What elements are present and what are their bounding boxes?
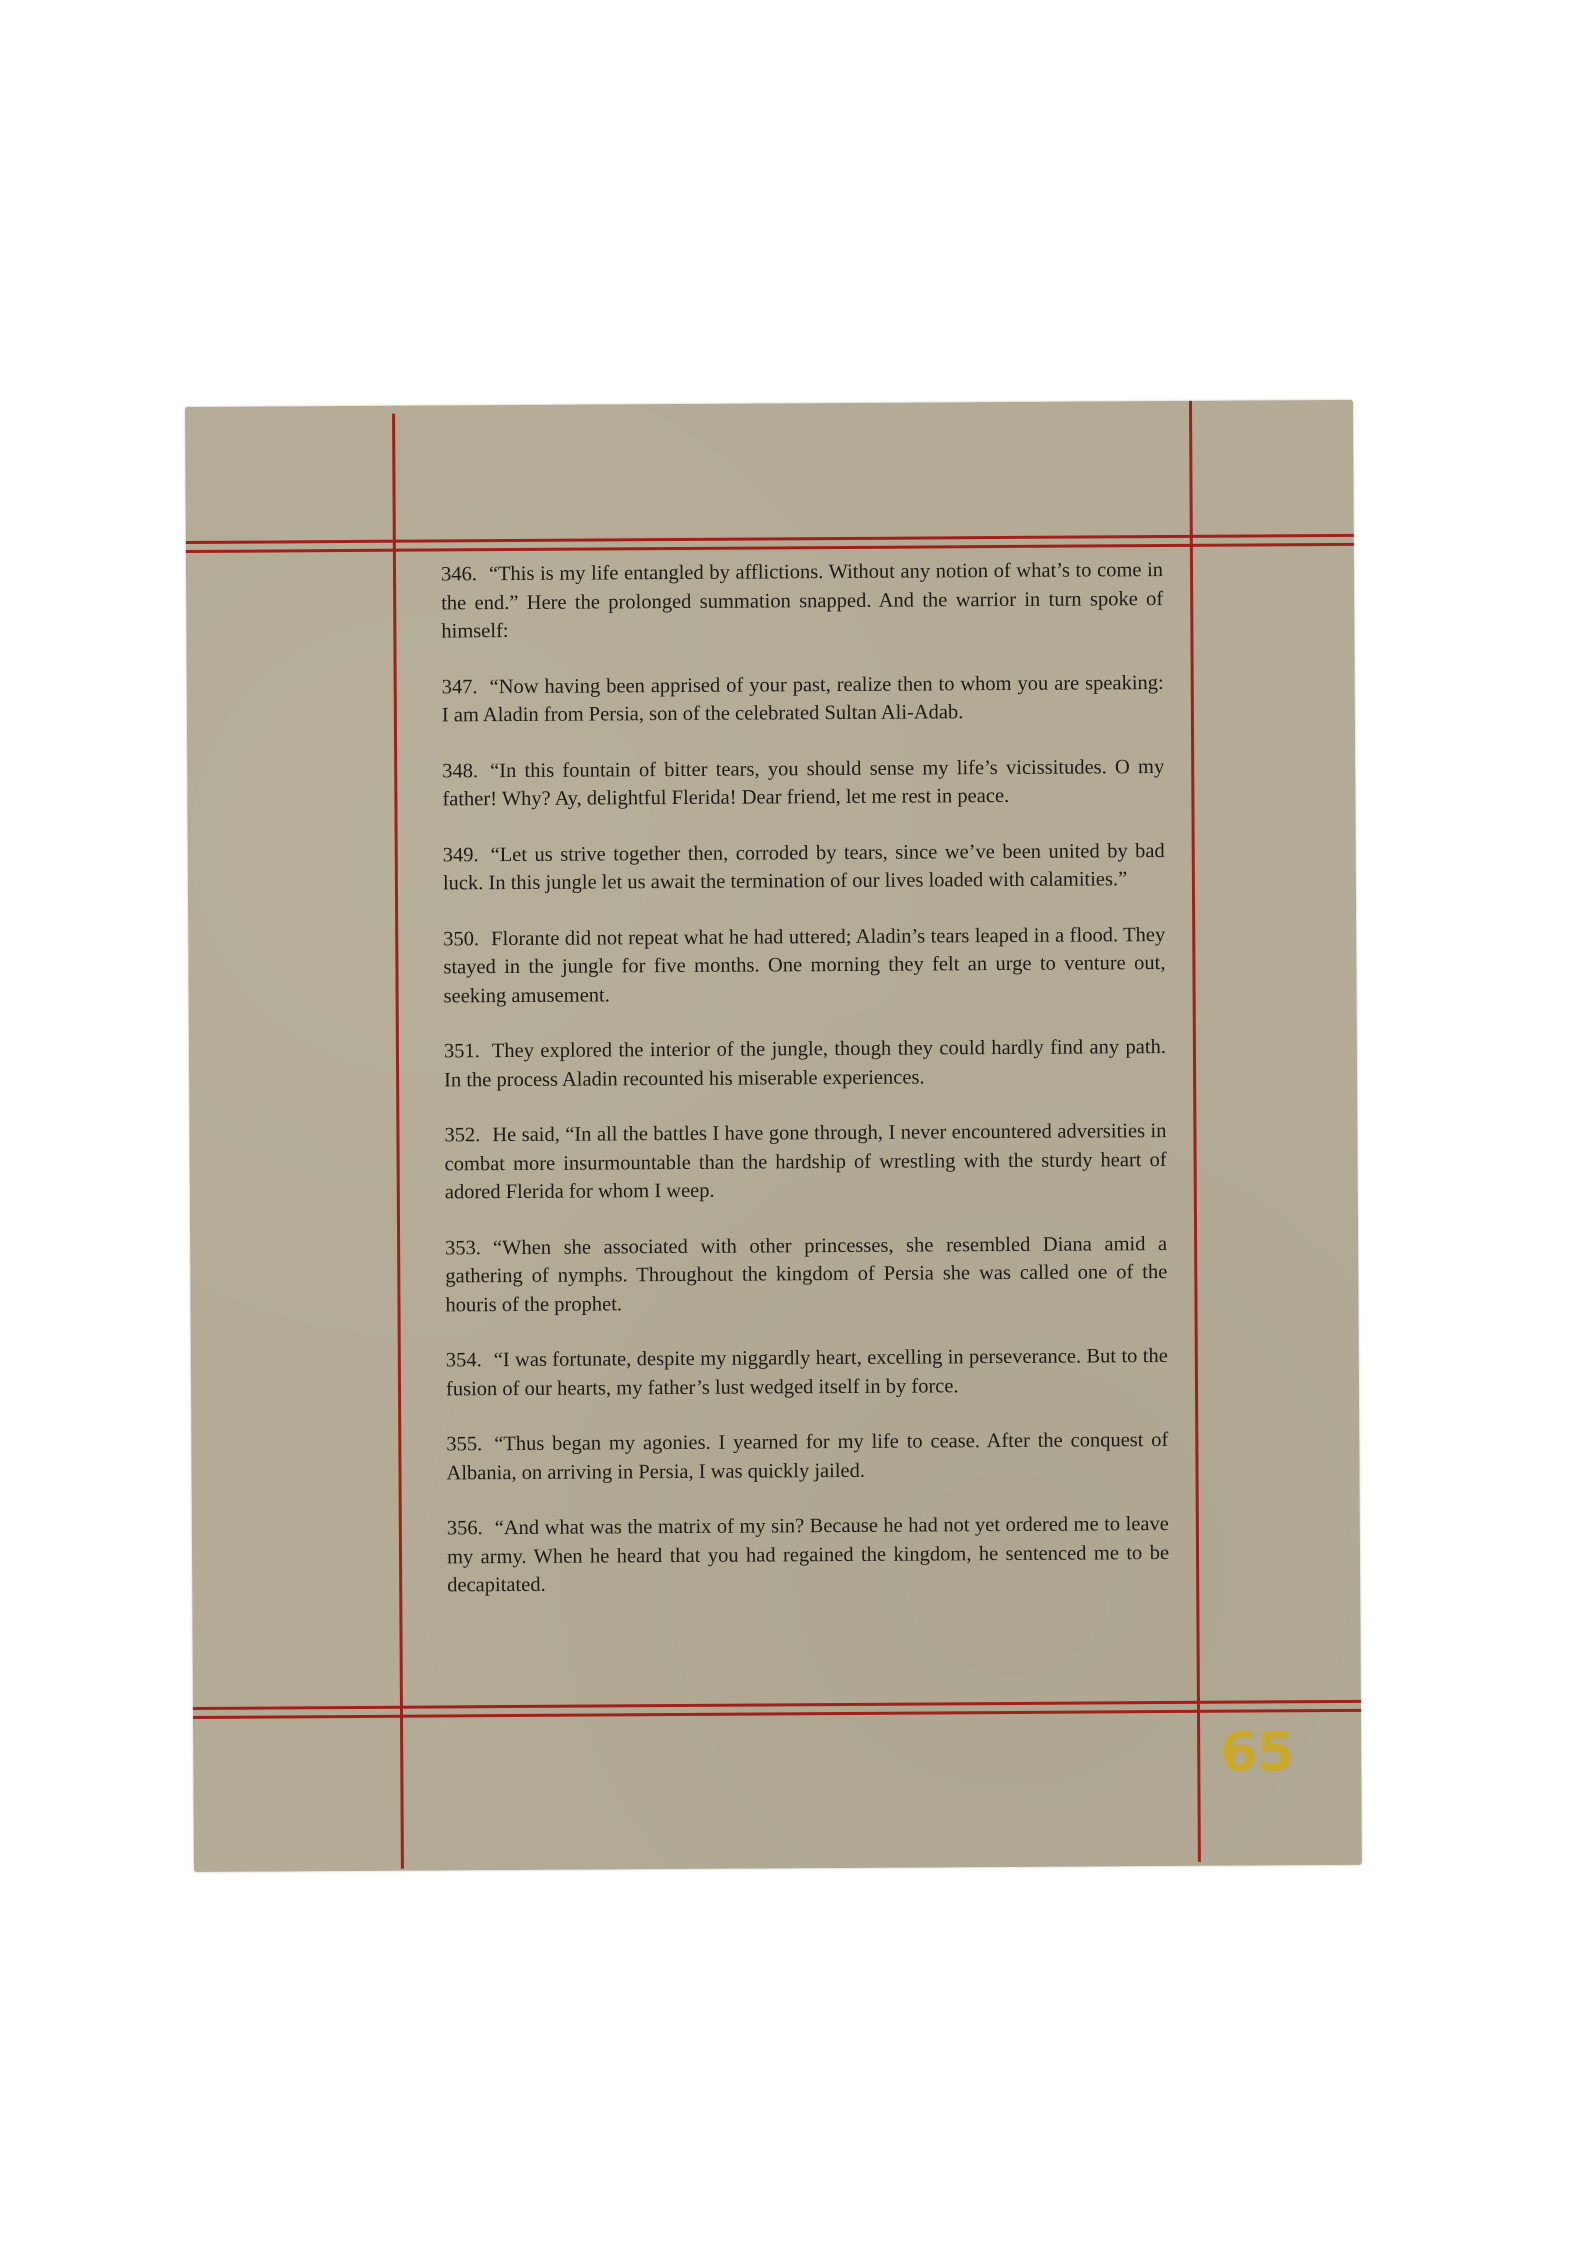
stanza: 348.“In this fountain of bitter tears, y…	[442, 753, 1164, 814]
stanza-text: “Let us strive together then, corroded b…	[443, 840, 1165, 895]
stanza-number: 350.	[443, 928, 479, 950]
stanza-text: Florante did not repeat what he had utte…	[443, 924, 1165, 1007]
left-rule	[392, 414, 404, 1869]
bottom-rule-1	[193, 1700, 1361, 1710]
stanza-text: “I was fortunate, despite my niggardly h…	[446, 1345, 1168, 1400]
stanza-text: “When she associated with other princess…	[445, 1233, 1167, 1316]
stanza-text: “Thus began my agonies. I yearned for my…	[446, 1429, 1168, 1484]
book-page: 346.“This is my life entangled by afflic…	[185, 400, 1362, 1872]
top-rule-2	[186, 543, 1354, 553]
stanza: 351.They explored the interior of the ju…	[444, 1033, 1166, 1094]
stanza: 349.“Let us strive together then, corrod…	[443, 837, 1165, 898]
stanza-text: He said, “In all the battles I have gone…	[445, 1120, 1167, 1203]
stanza: 346.“This is my life entangled by afflic…	[441, 556, 1164, 646]
stanza-text: “In this fountain of bitter tears, you s…	[442, 756, 1164, 811]
bottom-rule-2	[193, 1709, 1361, 1719]
stanza-number: 353.	[445, 1237, 481, 1259]
stanza-number: 356.	[447, 1517, 483, 1539]
stanza-text: “Now having been apprised of your past, …	[442, 672, 1164, 727]
stanza-text: They explored the interior of the jungle…	[444, 1036, 1166, 1091]
page-number: 65	[1220, 1720, 1294, 1783]
stanza: 353.“When she associated with other prin…	[445, 1230, 1168, 1320]
stanza-number: 346.	[441, 563, 477, 585]
stanza-number: 355.	[446, 1433, 482, 1455]
text-column: 346.“This is my life entangled by afflic…	[441, 556, 1170, 1627]
stanza-number: 354.	[446, 1349, 482, 1371]
right-rule	[1189, 401, 1201, 1862]
stanza: 347.“Now having been apprised of your pa…	[442, 669, 1164, 730]
stanza-number: 347.	[442, 676, 478, 698]
stanza: 354.“I was fortunate, despite my niggard…	[446, 1342, 1168, 1403]
stanza: 350.Florante did not repeat what he had …	[443, 921, 1166, 1011]
stanza-number: 352.	[444, 1124, 480, 1146]
stanza: 355.“Thus began my agonies. I yearned fo…	[446, 1426, 1168, 1487]
stanza: 352.He said, “In all the battles I have …	[444, 1117, 1167, 1207]
stanza-text: “And what was the matrix of my sin? Beca…	[447, 1513, 1169, 1596]
top-rule-1	[186, 534, 1354, 544]
stanza: 356.“And what was the matrix of my sin? …	[447, 1510, 1170, 1600]
stanza-number: 348.	[442, 760, 478, 782]
stanza-number: 349.	[443, 844, 479, 866]
stanza-number: 351.	[444, 1040, 480, 1062]
stanza-text: “This is my life entangled by affliction…	[441, 559, 1163, 642]
